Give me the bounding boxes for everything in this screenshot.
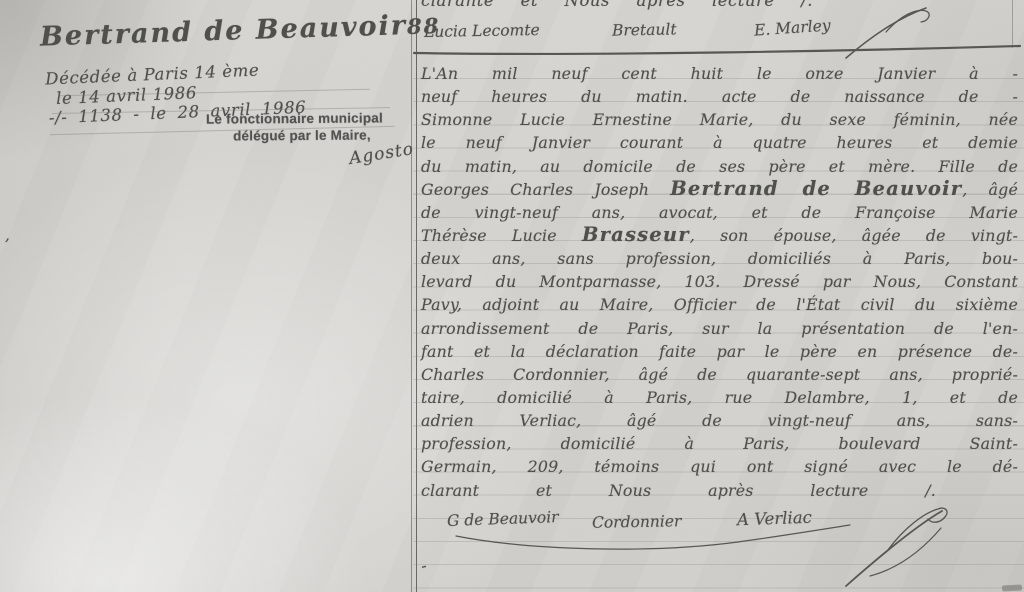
act-line: de vingt-neuf ans, avocat, et de Françoi… — [421, 200, 1018, 223]
stamp-line: délégué par le Maire, — [233, 127, 396, 145]
previous-act-closing-line: clarante et Nous après lecture /. — [421, 0, 813, 10]
margin-name-title: Bertrand de Beauvoir — [40, 10, 408, 53]
act-line: du matin, au domicile de ses père et mèr… — [421, 154, 1018, 177]
gutter-rule-left — [411, 0, 412, 592]
act-line: taire, domicilié à Paris, rue Delambre, … — [421, 385, 1018, 408]
gutter-rule-right — [416, 0, 417, 592]
act-line: Simonne Lucie Ernestine Marie, du sexe f… — [421, 107, 1018, 130]
stamp-line: Le fonctionnaire municipal — [206, 110, 396, 128]
right-page-edge-rule — [1012, 0, 1013, 48]
witness-signature: Bretault — [612, 20, 677, 39]
act-line: deux ans, sans profession, domiciliés à … — [421, 246, 1018, 269]
act-line: levard du Montparnasse, 103. Dressé par … — [421, 269, 1018, 292]
act-line: fant et la déclaration faite par le père… — [421, 339, 1018, 362]
act-line: neuf heures du matin. acte de naissance … — [421, 84, 1018, 107]
paraph-signature-icon — [838, 0, 938, 62]
act-line: Pavy, adjoint au Maire, Officier de l'Ét… — [421, 292, 1018, 315]
act-line-mother-name: Thérèse Lucie Brasseur, son épouse, âgée… — [421, 223, 1018, 246]
witness-signature: E. Marley — [753, 16, 831, 39]
corner-ink-mark — [1002, 584, 1022, 591]
act-line: Germain, 209, témoins qui ont signé avec… — [421, 454, 1018, 477]
act-line: profession, domicilié à Paris, boulevard… — [421, 431, 1018, 454]
witness-signature: Lucia Lecomte — [424, 21, 540, 41]
act-text-block: L'An mil neuf cent huit le onze Janvier … — [421, 61, 1018, 501]
act-line: le neuf Janvier courant à quatre heures … — [421, 130, 1018, 153]
margin-title-row: Bertrand de Beauvoir 88 — [40, 10, 397, 52]
paraph-signature-icon — [828, 498, 960, 590]
act-line: adrien Verliac, âgé de vingt-neuf ans, s… — [421, 408, 1018, 431]
act-line: L'An mil neuf cent huit le onze Janvier … — [421, 61, 1018, 84]
scanned-birth-certificate: Bertrand de Beauvoir 88 Décédée à Paris … — [0, 0, 1024, 592]
edge-ink-mark: , — [5, 226, 10, 244]
act-line-father-name: Georges Charles Joseph Bertrand de Beauv… — [421, 177, 1018, 200]
municipal-stamp: Le fonctionnaire municipal délégué par l… — [206, 110, 396, 144]
signature-underline-swash-icon — [438, 518, 858, 558]
bottom-ink-dash: - — [419, 556, 430, 576]
act-line: Charles Cordonnier, âgé de quarante-sept… — [421, 362, 1018, 385]
act-line: arrondissement de Paris, sur la présenta… — [421, 316, 1018, 339]
